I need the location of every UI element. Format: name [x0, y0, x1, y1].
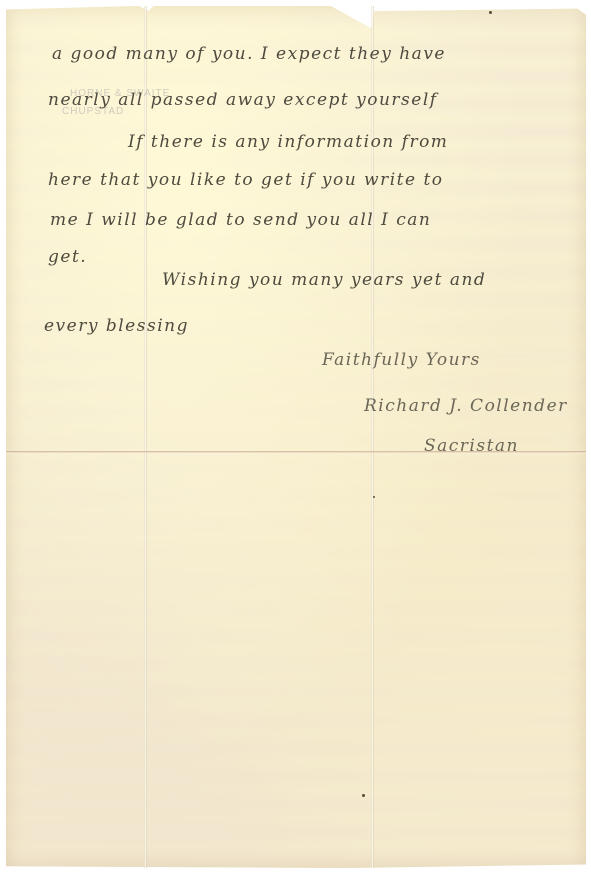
- letter-line-6: get.: [48, 247, 87, 267]
- ink-speck: [373, 496, 375, 498]
- signature-name: Richard J. Collender: [364, 396, 568, 416]
- letter-line-4: here that you like to get if you write t…: [48, 170, 444, 190]
- ink-speck: [362, 794, 365, 797]
- signature-title: Sacristan: [424, 436, 519, 456]
- letter-line-8: every blessing: [44, 316, 189, 336]
- letter-line-2: nearly all passed away except yourself: [48, 90, 438, 110]
- ink-speck: [489, 11, 492, 14]
- letter-line-5: me I will be glad to send you all I can: [50, 210, 431, 230]
- letter-line-3: If there is any information from: [128, 132, 448, 152]
- closing-salutation: Faithfully Yours: [322, 350, 481, 370]
- letter-line-7: Wishing you many years yet and: [162, 270, 486, 290]
- letter-line-1: a good many of you. I expect they have: [52, 44, 446, 64]
